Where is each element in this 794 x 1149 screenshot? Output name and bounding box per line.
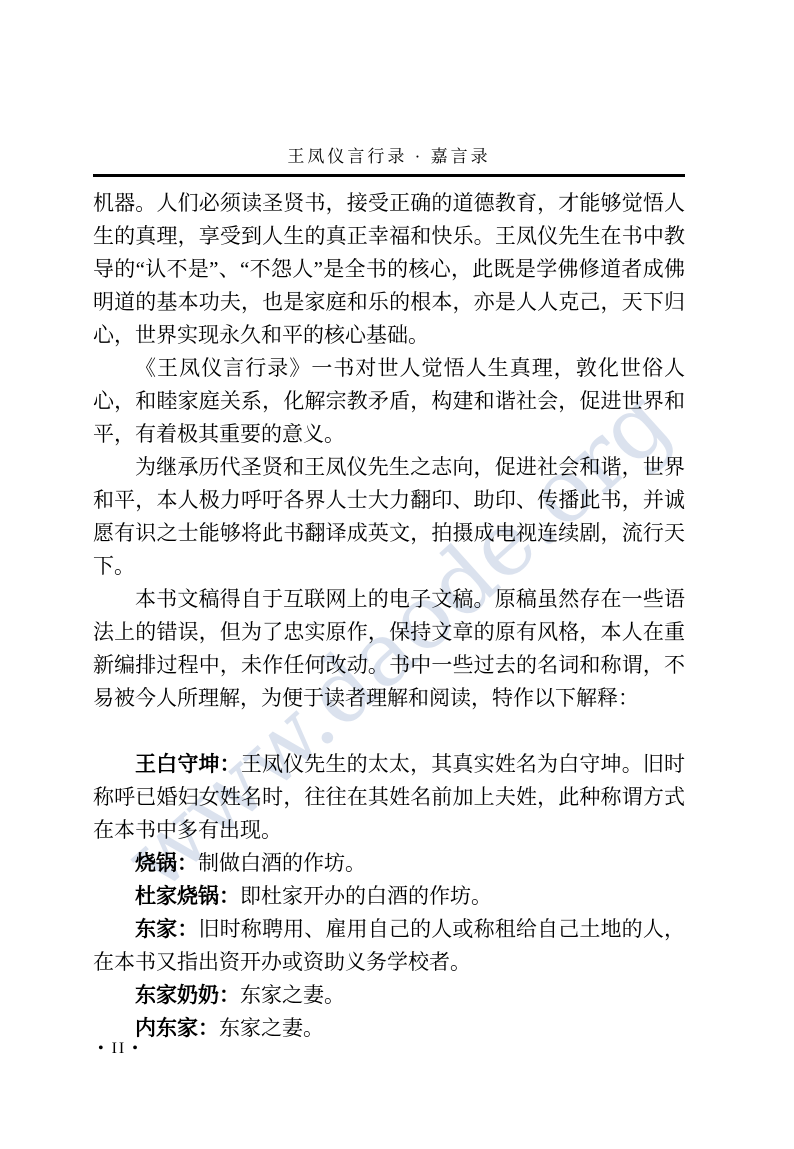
paragraph: 本书文稿得自于互联网上的电子文稿。原稿虽然存在一些语法上的错误，但为了忠实原作，… [93, 583, 685, 715]
paragraph: 为继承历代圣贤和王凤仪先生之志向，促进社会和谐，世界和平，本人极力呼吁各界人士大… [93, 451, 685, 583]
running-head-title: 王凤仪言行录 · 嘉言录 [93, 144, 685, 170]
glossary-definition: 即杜家开办的白酒的作坊。 [240, 884, 492, 908]
book-page: www.daode.org 王凤仪言行录 · 嘉言录 机器。人们必须读圣贤书，接… [0, 0, 794, 1149]
glossary-term: 杜家烧锅： [135, 884, 240, 908]
glossary-definition: 制做白酒的作坊。 [198, 851, 366, 875]
glossary-entry: 杜家烧锅：即杜家开办的白酒的作坊。 [93, 880, 685, 913]
glossary-entry: 烧锅：制做白酒的作坊。 [93, 847, 685, 880]
page-number: • II • [98, 1040, 140, 1058]
glossary-definition: 东家之妻。 [240, 983, 345, 1007]
glossary-term: 王白守坤： [135, 752, 241, 776]
page-content: 王凤仪言行录 · 嘉言录 机器。人们必须读圣贤书，接受正确的道德教育，才能够觉悟… [93, 0, 685, 1045]
glossary-term: 内东家： [135, 1016, 219, 1040]
glossary-entry: 东家：旧时称聘用、雇用自己的人或称租给自己土地的人，在本书又指出资开办或资助义务… [93, 913, 685, 979]
glossary-entry: 东家奶奶：东家之妻。 [93, 979, 685, 1012]
glossary-term: 东家奶奶： [135, 983, 240, 1007]
paragraph: 机器。人们必须读圣贤书，接受正确的道德教育，才能够觉悟人生的真理，享受到人生的真… [93, 187, 685, 352]
glossary-entry: 内东家：东家之妻。 [93, 1012, 685, 1045]
header-rule [93, 174, 685, 177]
glossary-term: 东家： [135, 917, 198, 941]
glossary-list: 王白守坤：王凤仪先生的太太，其真实姓名为白守坤。旧时称呼已婚妇女姓名时，往往在其… [93, 748, 685, 1045]
glossary-entry: 王白守坤：王凤仪先生的太太，其真实姓名为白守坤。旧时称呼已婚妇女姓名时，往往在其… [93, 748, 685, 847]
paragraph: 《王凤仪言行录》一书对世人觉悟人生真理，敦化世俗人心，和睦家庭关系，化解宗教矛盾… [93, 352, 685, 451]
body-text: 机器。人们必须读圣贤书，接受正确的道德教育，才能够觉悟人生的真理，享受到人生的真… [93, 187, 685, 1045]
glossary-term: 烧锅： [135, 851, 198, 875]
glossary-definition: 东家之妻。 [219, 1016, 324, 1040]
